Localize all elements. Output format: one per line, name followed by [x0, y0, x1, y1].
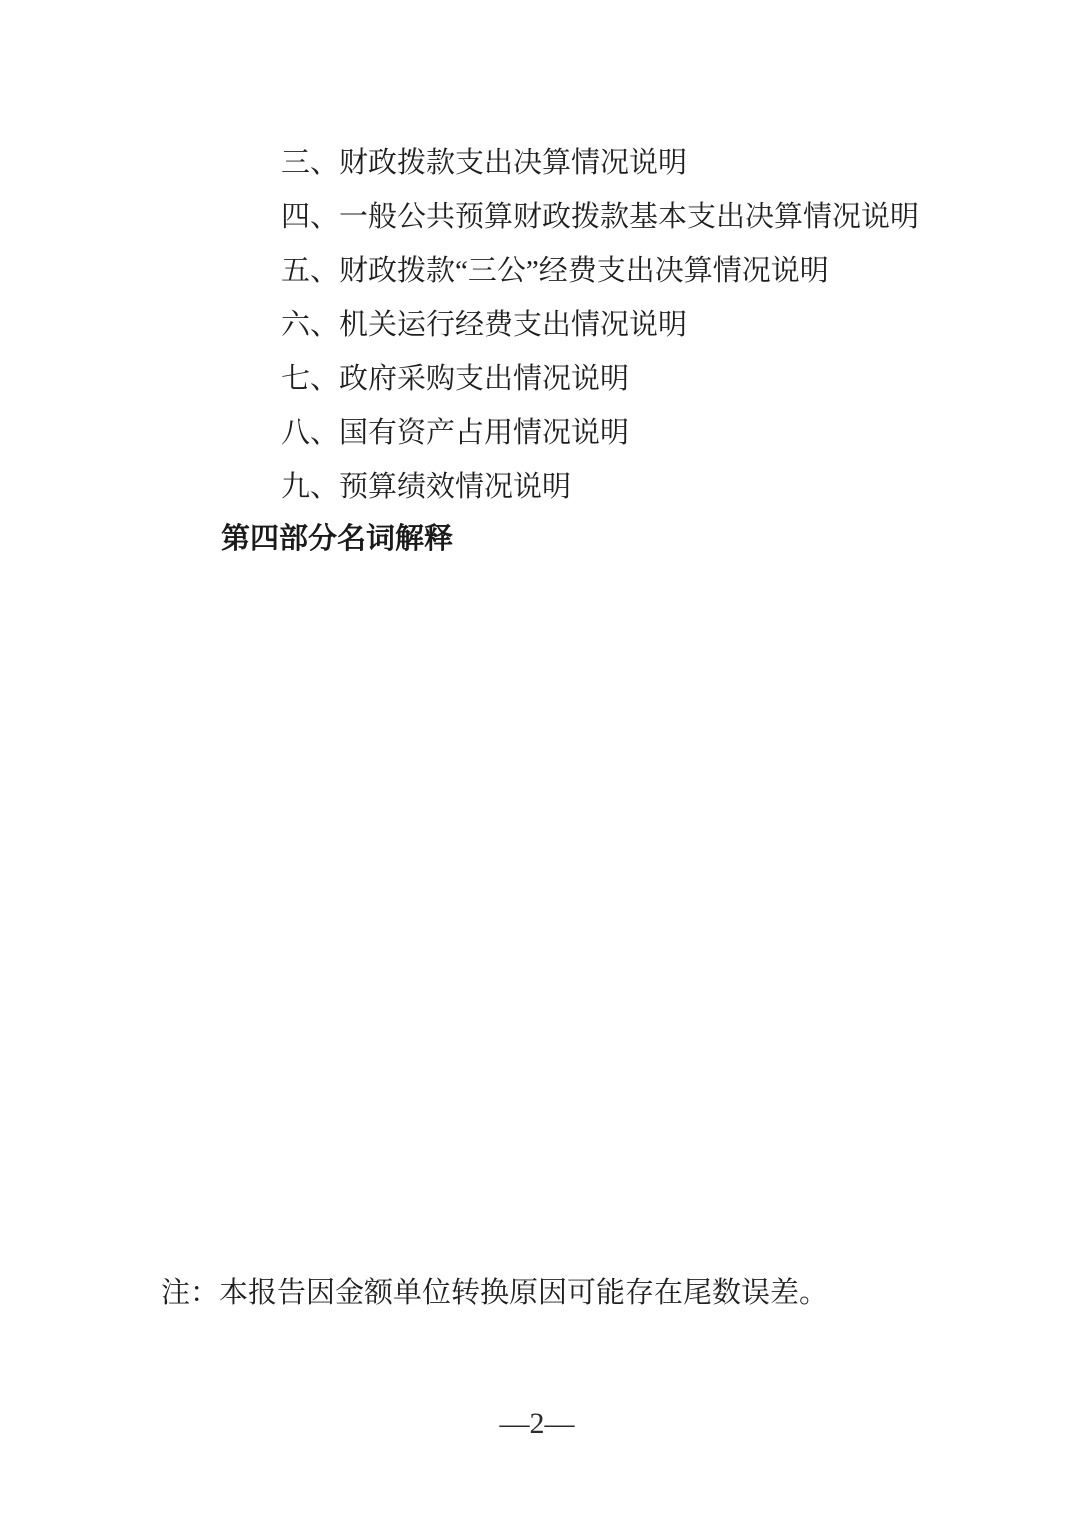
toc-list: 三、财政拨款支出决算情况说明 四、一般公共预算财政拨款基本支出决算情况说明 五、…	[281, 136, 919, 514]
toc-item: 七、政府采购支出情况说明	[281, 352, 919, 406]
toc-item: 五、财政拨款“三公”经费支出决算情况说明	[281, 244, 919, 298]
page-number: —2—	[0, 1409, 1074, 1439]
section-heading: 第四部分名词解释	[221, 524, 453, 555]
toc-item: 六、机关运行经费支出情况说明	[281, 298, 919, 352]
footnote: 注：本报告因金额单位转换原因可能存在尾数误差。	[161, 1278, 828, 1309]
document-page: 三、财政拨款支出决算情况说明 四、一般公共预算财政拨款基本支出决算情况说明 五、…	[0, 0, 1074, 1520]
toc-item: 三、财政拨款支出决算情况说明	[281, 136, 919, 190]
toc-item: 四、一般公共预算财政拨款基本支出决算情况说明	[281, 190, 919, 244]
toc-item: 九、预算绩效情况说明	[281, 460, 919, 514]
toc-item: 八、国有资产占用情况说明	[281, 406, 919, 460]
